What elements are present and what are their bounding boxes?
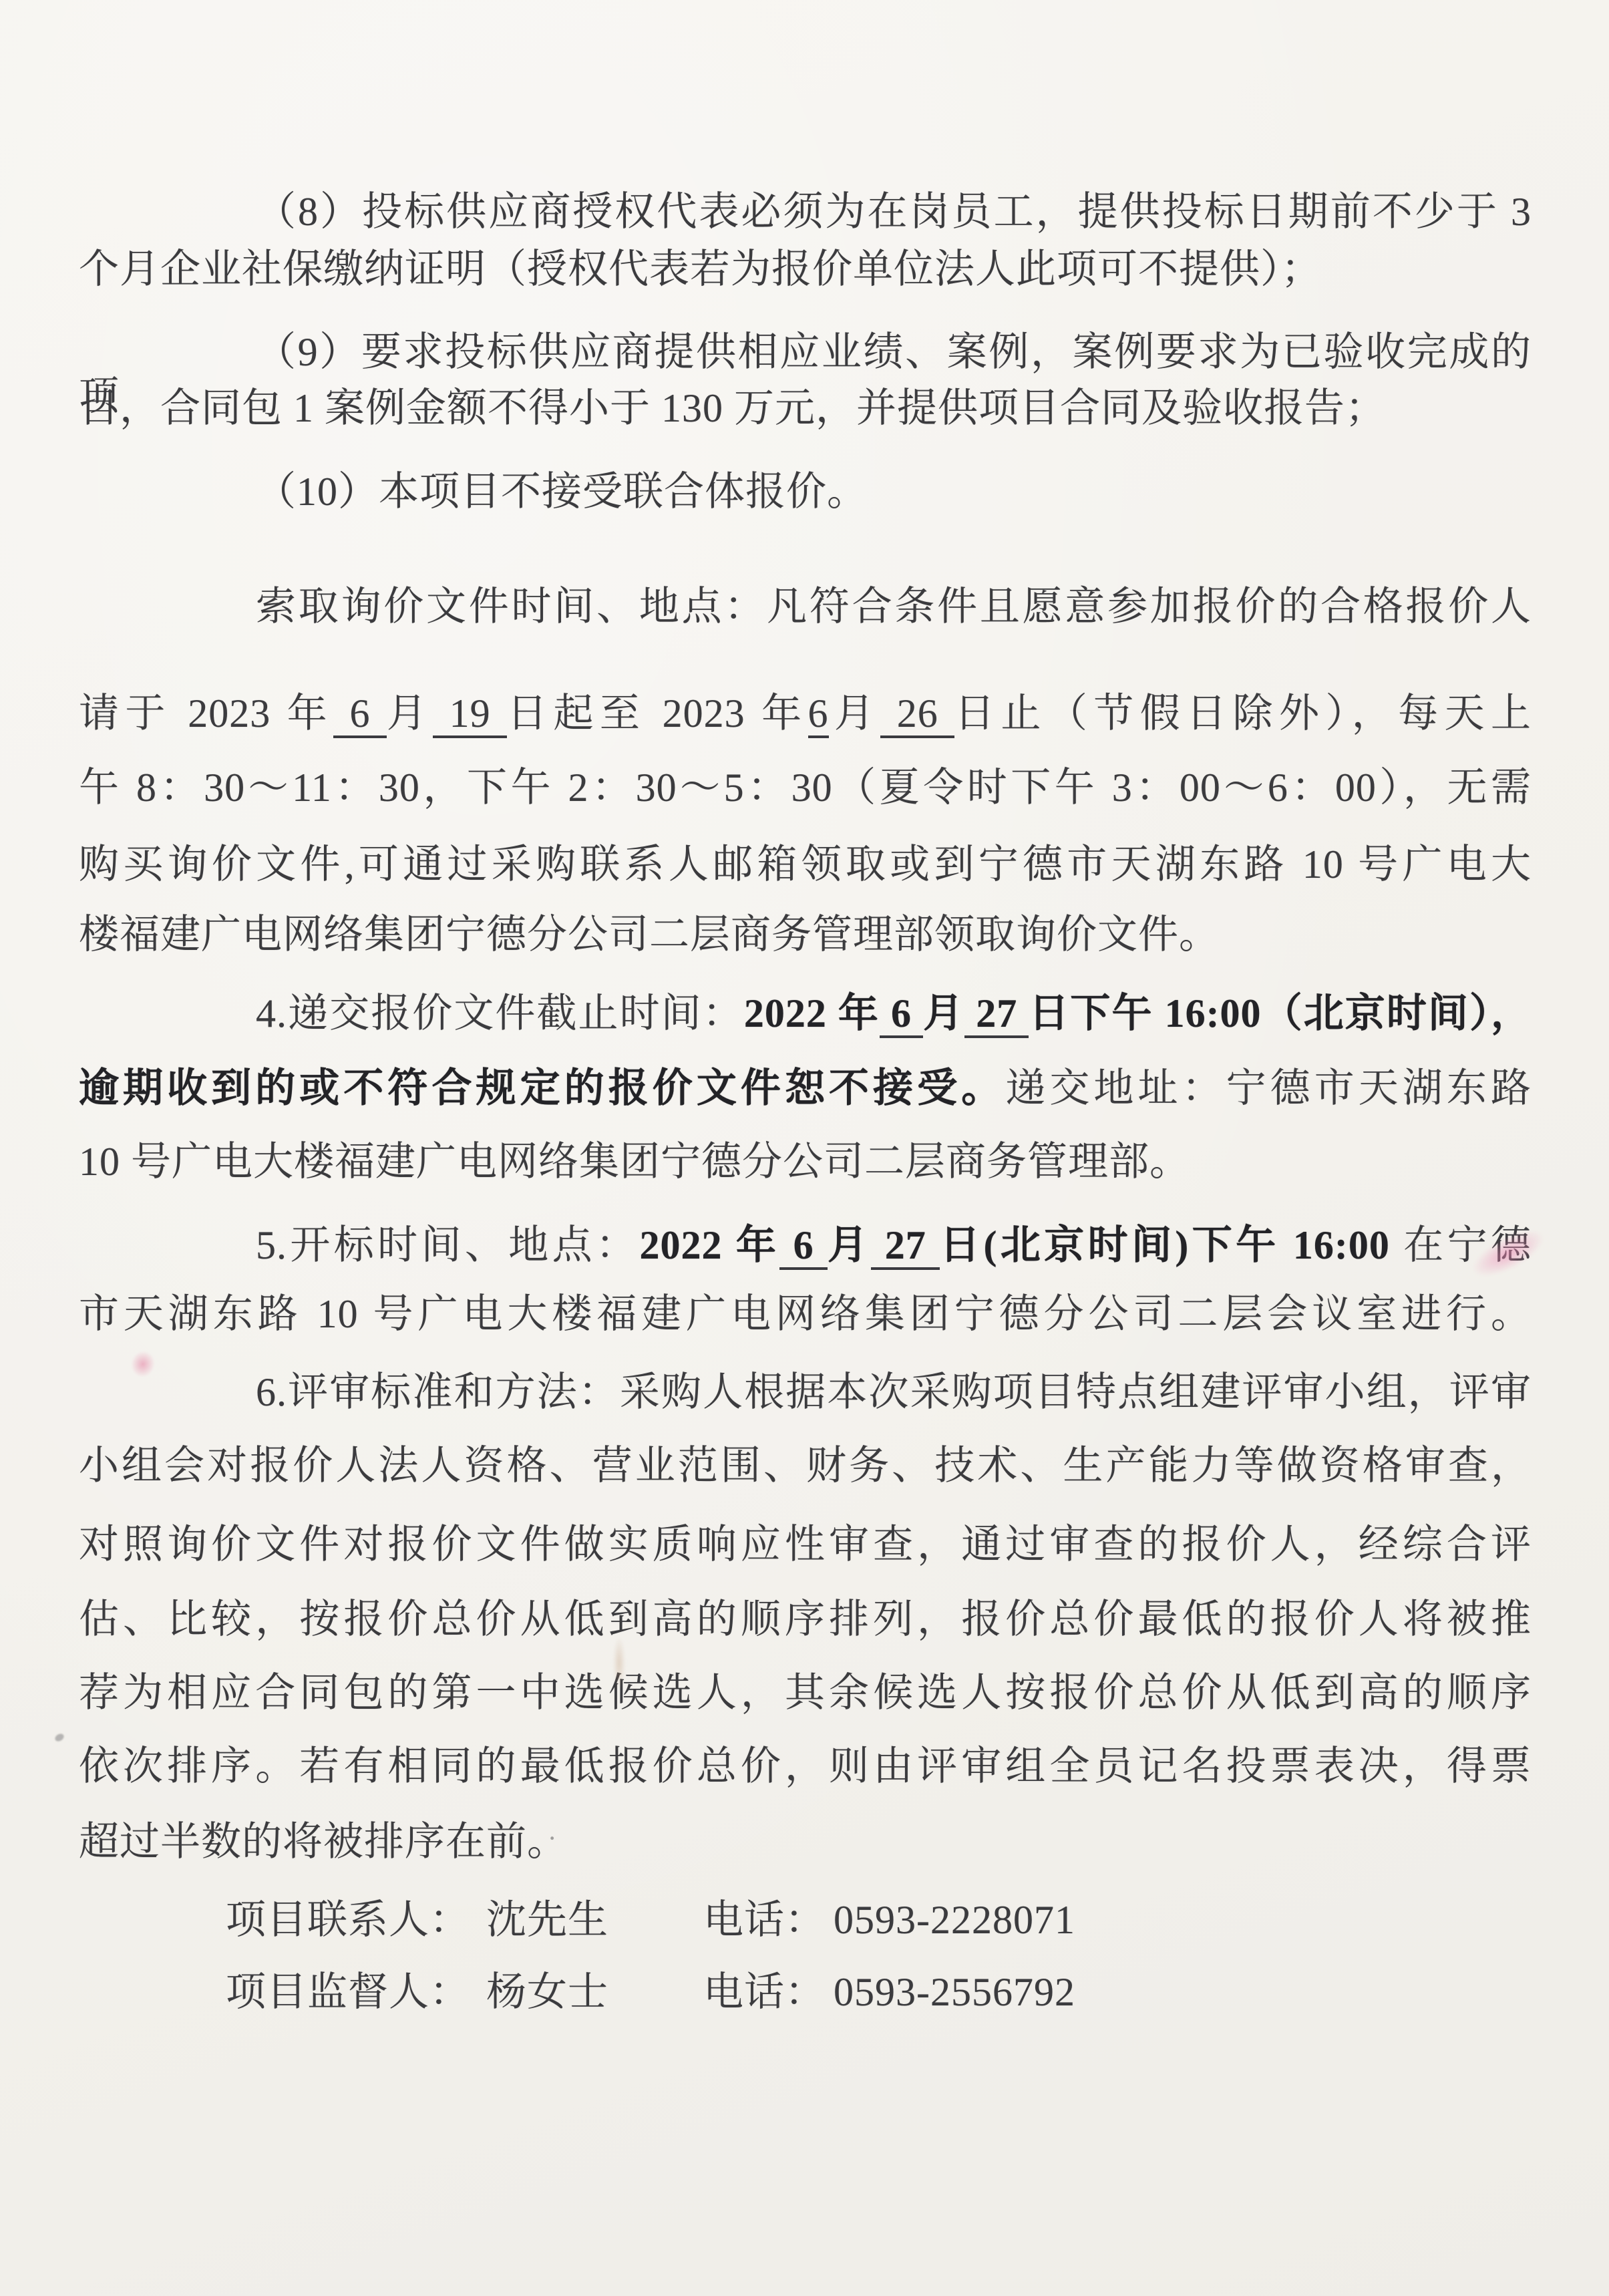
text-segment: 小组会对报价人法人资格、营业范围、财务、技术、生产能力等做资格审查，	[79, 1444, 1532, 1488]
clause-6-review-line-3: 对照询价文件对报价文件做实质响应性审查，通过审查的报价人，经综合评	[79, 1522, 1532, 1567]
text-segment: 目，合同包 1 案例金额不得小于 130 万元，并提供项目合同及验收报告；	[79, 386, 1386, 430]
text-segment: 10 号广电大楼福建广电网络集团宁德分公司二层商务管理部。	[79, 1140, 1190, 1184]
text-segment: 午 8：30～11：30，下午 2：30～5：30（夏令时下午 3：00～6：0…	[79, 766, 1532, 810]
document-text: （8）投标供应商授权代表必须为在岗员工，提供投标日期前不少于 3个月企业社保缴纳…	[79, 0, 1532, 2014]
obtain-method-line-1: 购买询价文件,可通过采购联系人邮箱领取或到宁德市天湖东路 10 号广电大	[79, 842, 1532, 886]
clause-9-line-1: （9）要求投标供应商提供相应业绩、案例，案例要求为已验收完成的项	[79, 330, 1532, 374]
text-segment: （8）投标供应商授权代表必须为在岗员工，提供投标日期前不少于 3	[256, 190, 1532, 234]
fill-in-blank-value: 6	[779, 1223, 828, 1270]
text-segment: 2022 年	[639, 1223, 779, 1267]
text-segment: 个月企业社保缴纳证明（授权代表若为报价单位法人此项可不提供）；	[79, 247, 1322, 291]
clause-5-opening-line-1: 5.开标时间、地点：2022 年 6 月 27 日(北京时间)下午 16:00 …	[79, 1223, 1532, 1267]
text-segment: 月	[387, 691, 433, 735]
clause-6-review-line-5: 荐为相应合同包的第一中选候选人，其余候选人按报价总价从低到高的顺序	[79, 1671, 1532, 1715]
text-segment: 索取询价文件时间、地点：凡符合条件且愿意参加报价的合格报价人	[256, 585, 1532, 629]
obtain-period-line: 请于 2023 年 6 月 19 日起至 2023 年6月 26 日止（节假日除…	[79, 691, 1532, 735]
text-segment: 6.评审标准和方法：采购人根据本次采购项目特点组建评审小组，评审	[256, 1370, 1532, 1414]
clause-6-review-line-2: 小组会对报价人法人资格、营业范围、财务、技术、生产能力等做资格审查，	[79, 1444, 1532, 1488]
text-segment: 月	[828, 1223, 871, 1267]
text-segment: 4.递交报价文件截止时间：	[256, 991, 744, 1035]
text-segment: 楼福建广电网络集团宁德分公司二层商务管理部领取询价文件。	[79, 913, 1220, 957]
fill-in-blank-value: 6	[808, 691, 829, 738]
text-segment: （10）本项目不接受联合体报价。	[256, 470, 868, 514]
supervisor-line: 项目监督人：杨女士电话：0593-2556792	[79, 1970, 1532, 2014]
text-segment: 估、比较，按报价总价从低到高的顺序排列，报价总价最低的报价人将被推	[79, 1597, 1532, 1641]
clause-6-review-line-6: 依次排序。若有相同的最低报价总价，则由评审组全员记名投票表决，得票	[79, 1744, 1532, 1788]
scan-artifact-edge-tick	[53, 1732, 65, 1743]
clause-4-deadline-line-3: 10 号广电大楼福建广电网络集团宁德分公司二层商务管理部。	[79, 1140, 1532, 1184]
text-segment: 递交地址：宁德市天湖东路	[1005, 1066, 1532, 1110]
text-segment: 依次排序。若有相同的最低报价总价，则由评审组全员记名投票表决，得票	[79, 1744, 1532, 1788]
text-segment: 5.开标时间、地点：	[256, 1223, 639, 1267]
phone-number: 0593-2556792	[834, 1970, 1075, 2014]
text-segment: 2022 年	[744, 991, 880, 1035]
text-segment: 市天湖东路 10 号广电大楼福建广电网络集团宁德分公司二层会议室进行。	[79, 1292, 1532, 1336]
text-segment: 请于 2023 年	[79, 691, 333, 735]
clause-5-opening-line-2: 市天湖东路 10 号广电大楼福建广电网络集团宁德分公司二层会议室进行。	[79, 1292, 1532, 1336]
fill-in-blank-value: 6	[333, 691, 387, 738]
fill-in-blank-value: 6	[880, 991, 923, 1038]
phone-label: 电话：	[703, 1970, 834, 2014]
obtain-method-line-2: 楼福建广电网络集团宁德分公司二层商务管理部领取询价文件。	[79, 913, 1532, 957]
text-segment: 日止（节假日除外），每天上	[954, 691, 1532, 735]
phone-number: 0593-2228071	[834, 1898, 1075, 1942]
obtain-document-line: 索取询价文件时间、地点：凡符合条件且愿意参加报价的合格报价人	[79, 585, 1532, 629]
text-segment: 购买询价文件,可通过采购联系人邮箱领取或到宁德市天湖东路 10 号广电大	[79, 842, 1532, 886]
clause-8-line-2: 个月企业社保缴纳证明（授权代表若为报价单位法人此项可不提供）；	[79, 247, 1532, 291]
text-segment: 日起至 2023 年	[507, 691, 808, 735]
fill-in-blank-value: 27	[871, 1223, 940, 1270]
phone-label: 电话：	[703, 1898, 834, 1942]
text-segment: 逾期收到的或不符合规定的报价文件恕不接受。	[79, 1066, 1005, 1110]
fill-in-blank-value: 19	[433, 691, 507, 738]
contact-person-name: 沈先生	[486, 1898, 703, 1942]
contact-line: 项目联系人：沈先生电话：0593-2228071	[79, 1898, 1532, 1942]
text-segment: ·	[548, 1823, 557, 1853]
clause-8-line-1: （8）投标供应商授权代表必须为在岗员工，提供投标日期前不少于 3	[79, 190, 1532, 234]
fill-in-blank-value: 27	[964, 991, 1029, 1038]
contact-person-name: 杨女士	[486, 1970, 703, 2014]
office-hours-line: 午 8：30～11：30，下午 2：30～5：30（夏令时下午 3：00～6：0…	[79, 766, 1532, 810]
text-segment: 在宁德	[1390, 1223, 1532, 1267]
text-segment: 超过半数的将被排序在前。	[79, 1820, 548, 1864]
clause-6-review-line-1: 6.评审标准和方法：采购人根据本次采购项目特点组建评审小组，评审	[79, 1370, 1532, 1414]
clause-4-deadline-line-2: 逾期收到的或不符合规定的报价文件恕不接受。递交地址：宁德市天湖东路	[79, 1066, 1532, 1110]
clause-10-line: （10）本项目不接受联合体报价。	[79, 470, 1532, 514]
clause-6-review-line-4: 估、比较，按报价总价从低到高的顺序排列，报价总价最低的报价人将被推	[79, 1597, 1532, 1641]
clause-9-line-2: 目，合同包 1 案例金额不得小于 130 万元，并提供项目合同及验收报告；	[79, 386, 1532, 430]
fill-in-blank-value: 26	[880, 691, 954, 738]
text-segment: 荐为相应合同包的第一中选候选人，其余候选人按报价总价从低到高的顺序	[79, 1671, 1532, 1715]
scanned-document-page: （8）投标供应商授权代表必须为在岗员工，提供投标日期前不少于 3个月企业社保缴纳…	[0, 0, 1609, 2296]
contact-role-label: 项目监督人：	[226, 1970, 486, 2014]
text-segment: 月	[923, 991, 964, 1035]
contact-role-label: 项目联系人：	[226, 1898, 486, 1942]
text-segment: 日下午 16:00（北京时间），	[1029, 991, 1532, 1035]
clause-4-deadline-line-1: 4.递交报价文件截止时间：2022 年 6 月 27 日下午 16:00（北京时…	[79, 991, 1532, 1035]
text-segment: 日(北京时间)下午 16:00	[940, 1223, 1390, 1267]
text-segment: 对照询价文件对报价文件做实质响应性审查，通过审查的报价人，经综合评	[79, 1522, 1532, 1567]
clause-6-review-line-7: 超过半数的将被排序在前。·	[79, 1816, 1532, 1860]
text-segment: 月	[829, 691, 881, 735]
